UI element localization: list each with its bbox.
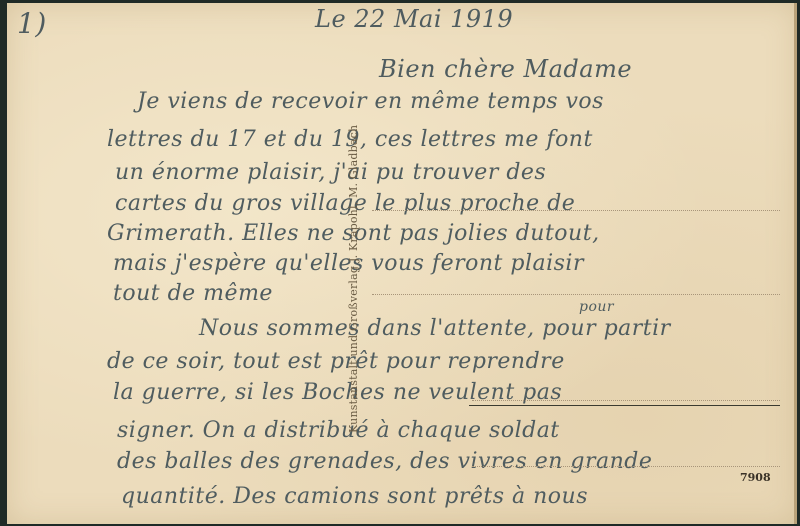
address-line [372,210,780,211]
address-line [372,294,780,295]
page-marker: 1) [17,7,47,40]
letter-date: Le 22 Mai 1919 [315,5,513,33]
address-line [472,466,780,467]
letter-line: Nous sommes dans l'attente, pour partir [199,316,671,341]
letter-line: un énorme plaisir, j'ai pu trouver des [115,160,546,185]
letter-line: quantité. Des camions sont prêts à nous [121,484,588,509]
letter-line: cartes du gros village le plus proche de [115,191,575,216]
letter-line: tout de même [113,281,273,306]
letter-line: Je viens de recevoir en même temps vos [137,89,604,114]
address-line [472,400,780,401]
card-edge [794,3,797,524]
letter-line: signer. On a distribué à chaque soldat [117,418,560,443]
card-number: 7908 [740,471,771,484]
letter-line: des balles des grenades, des vivres en g… [117,449,652,474]
letter-line: la guerre, si les Boches ne veulent pas [113,380,562,405]
address-underline [469,405,780,406]
postcard-back: 1) Le 22 Mai 1919 Bien chère Madame Je v… [7,3,797,524]
printer-imprint: Kunstanstalt und Großverlag J. Krapohl, … [347,125,360,433]
salutation: Bien chère Madame [379,55,632,83]
interlinear-insert: pour [579,299,614,315]
letter-line: de ce soir, tout est prêt pour reprendre [107,349,565,374]
